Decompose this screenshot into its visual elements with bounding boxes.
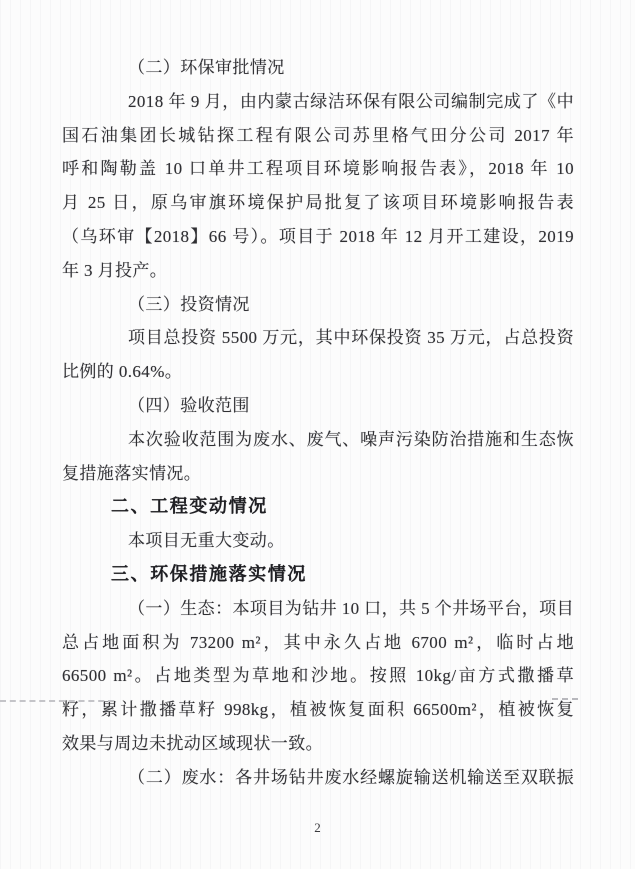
document-line: （二）环保审批情况 <box>62 51 574 85</box>
document-line: 月 25 日，原乌审旗环境保护局批复了该项目环境影响报告表 <box>62 186 574 220</box>
document-line: 项目总投资 5500 万元，其中环保投资 35 万元，占总投资 <box>62 321 574 355</box>
document-line: 年 3 月投产。 <box>62 254 574 288</box>
document-line: （二）废水：各井场钻井废水经螺旋输送机输送至双联振 <box>62 761 574 795</box>
scanned-page: （二）环保审批情况2018 年 9 月，由内蒙古绿洁环保有限公司编制完成了《中国… <box>0 0 635 869</box>
document-line: 效果与周边未扰动区域现状一致。 <box>62 727 574 761</box>
document-line: 三、环保措施落实情况 <box>62 558 574 592</box>
document-line: 2018 年 9 月，由内蒙古绿洁环保有限公司编制完成了《中 <box>62 85 574 119</box>
document-line: 籽，累计撒播草籽 998kg，植被恢复面积 66500m²，植被恢复 <box>62 693 574 727</box>
document-line: 呼和陶勒盖 10 口单井工程项目环境影响报告表》，2018 年 10 <box>62 152 574 186</box>
document-line: （四）验收范围 <box>62 389 574 423</box>
document-line: 二、工程变动情况 <box>62 490 574 524</box>
document-line: 本次验收范围为废水、废气、噪声污染防治措施和生态恢 <box>62 423 574 457</box>
document-line: （三）投资情况 <box>62 288 574 322</box>
document-line: 本项目无重大变动。 <box>62 524 574 558</box>
document-line: （一）生态：本项目为钻井 10 口，共 5 个井场平台，项目 <box>62 592 574 626</box>
document-line: 国石油集团长城钻探工程有限公司苏里格气田分公司 2017 年 <box>62 119 574 153</box>
document-text: （二）环保审批情况2018 年 9 月，由内蒙古绿洁环保有限公司编制完成了《中国… <box>62 51 574 795</box>
page-number: 2 <box>0 820 635 836</box>
document-line: （乌环审【2018】66 号）。项目于 2018 年 12 月开工建设，2019 <box>62 220 574 254</box>
document-line: 比例的 0.64%。 <box>62 355 574 389</box>
document-line: 66500 m²。占地类型为草地和沙地。按照 10kg/亩方式撒播草 <box>62 659 574 693</box>
document-line: 复措施落实情况。 <box>62 457 574 491</box>
document-line: 总占地面积为 73200 m²，其中永久占地 6700 m²，临时占地 <box>62 626 574 660</box>
